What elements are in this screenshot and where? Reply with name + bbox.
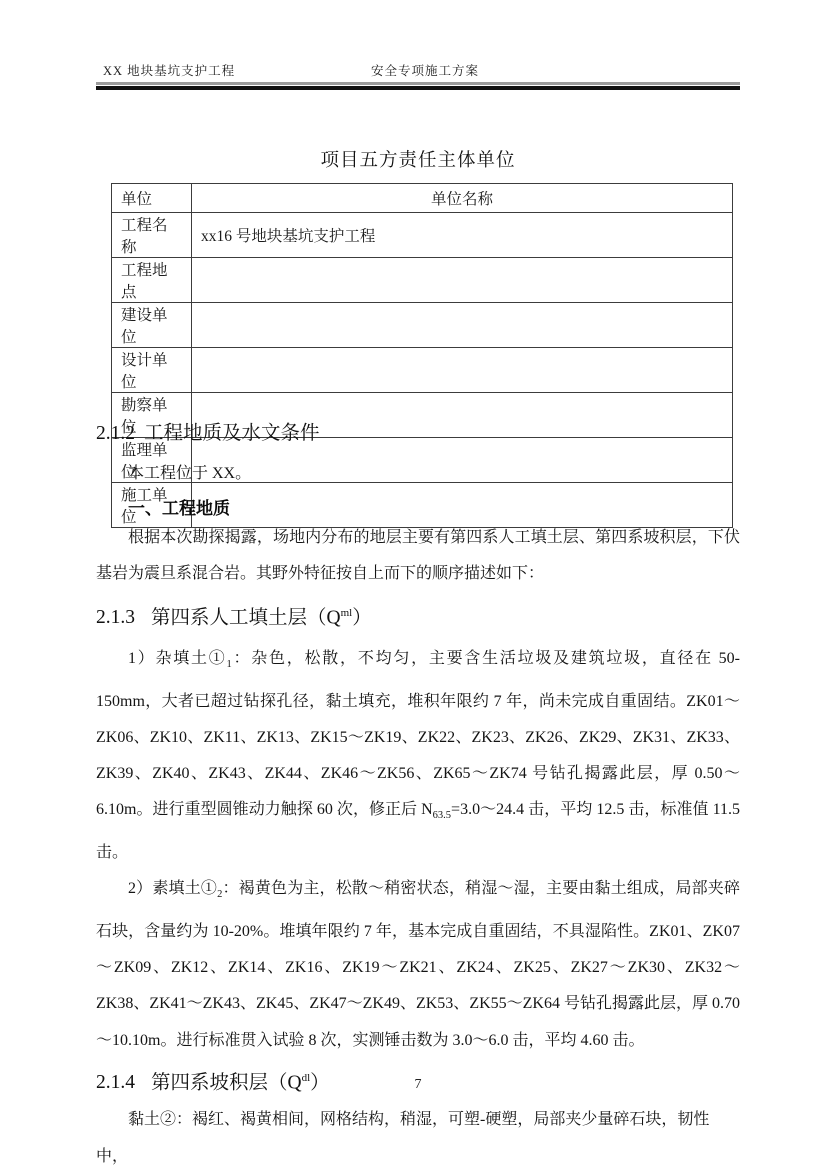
heading-text: 第四系人工填土层（Q <box>151 607 341 628</box>
paragraph-geology-overview: 根据本次勘探揭露，场地内分布的地层主要有第四系人工填土层、第四系坡积层，下伏基岩… <box>96 520 740 593</box>
paragraph-clay-layer: 黏土②：褐红、褐黄相间，网格结构，稍湿，可塑-硬塑，局部夹少量碎石块，韧性中， <box>96 1102 740 1169</box>
document-body: 2.1.2工程地质及水文条件 本工程位于 XX。 一、工程地质 根据本次勘探揭露… <box>96 421 740 1169</box>
paragraph-project-location: 本工程位于 XX。 <box>96 463 740 485</box>
heading-close-paren: ） <box>352 607 372 628</box>
n63-subscript: 63.5 <box>433 811 451 822</box>
header-rule-gray-line <box>96 82 740 85</box>
paragraph-mixed-fill-layer: 1）杂填土①1：杂色，松散，不均匀，主要含生活垃圾及建筑垃圾，直径在 50-15… <box>96 641 740 871</box>
table-header-unit-name: 单位名称 <box>192 184 733 213</box>
row-label: 建设单位 <box>112 302 192 347</box>
row-value <box>192 302 733 347</box>
section-heading-2-1-3: 2.1.3第四系人工填土层（Qml） <box>96 598 740 634</box>
subsection-heading-engineering-geology: 一、工程地质 <box>96 498 740 520</box>
table-row-project-name: 工程名称 xx16 号地块基坑支护工程 <box>112 212 733 257</box>
row-label: 设计单位 <box>112 347 192 392</box>
header-left-title: XX 地块基坑支护工程 <box>103 61 235 79</box>
text-run: ：褐黄色为主，松散～稍密状态，稍湿～湿，主要由黏土组成，局部夹碎石块，含量约为 … <box>96 880 740 1048</box>
header-rule-black-line <box>96 86 740 90</box>
table-title: 项目五方责任主体单位 <box>96 146 740 172</box>
table-header-unit: 单位 <box>112 184 192 213</box>
heading-number: 2.1.2 <box>96 423 135 444</box>
row-label: 工程名称 <box>112 212 192 257</box>
text-run: 1）杂填土① <box>128 650 227 667</box>
text-run: ：杂色，松散，不均匀，主要含生活垃圾及建筑垃圾，直径在 50-150mm，大者已… <box>96 650 740 818</box>
page-number: 7 <box>96 1077 740 1093</box>
table-row-project-location: 工程地点 <box>112 257 733 302</box>
stratum-symbol-superscript: ml <box>341 607 353 619</box>
paragraph-plain-fill-layer: 2）素填土①2：褐黄色为主，松散～稍密状态，稍湿～湿，主要由黏土组成，局部夹碎石… <box>96 871 740 1059</box>
table-row-construction-owner: 建设单位 <box>112 302 733 347</box>
document-page: XX 地块基坑支护工程 安全专项施工方案 项目五方责任主体单位 单位 单位名称 … <box>0 0 826 1169</box>
row-label: 工程地点 <box>112 257 192 302</box>
row-value <box>192 257 733 302</box>
header-right-title: 安全专项施工方案 <box>371 61 479 79</box>
heading-number: 2.1.3 <box>96 607 135 628</box>
text-run: 2）素填土① <box>128 880 217 897</box>
section-heading-2-1-2: 2.1.2工程地质及水文条件 <box>96 421 740 447</box>
table-header-row: 单位 单位名称 <box>112 184 733 213</box>
row-value <box>192 347 733 392</box>
heading-text: 工程地质及水文条件 <box>144 423 320 444</box>
table-row-design-unit: 设计单位 <box>112 347 733 392</box>
header-rule <box>96 82 740 90</box>
row-value: xx16 号地块基坑支护工程 <box>192 212 733 257</box>
